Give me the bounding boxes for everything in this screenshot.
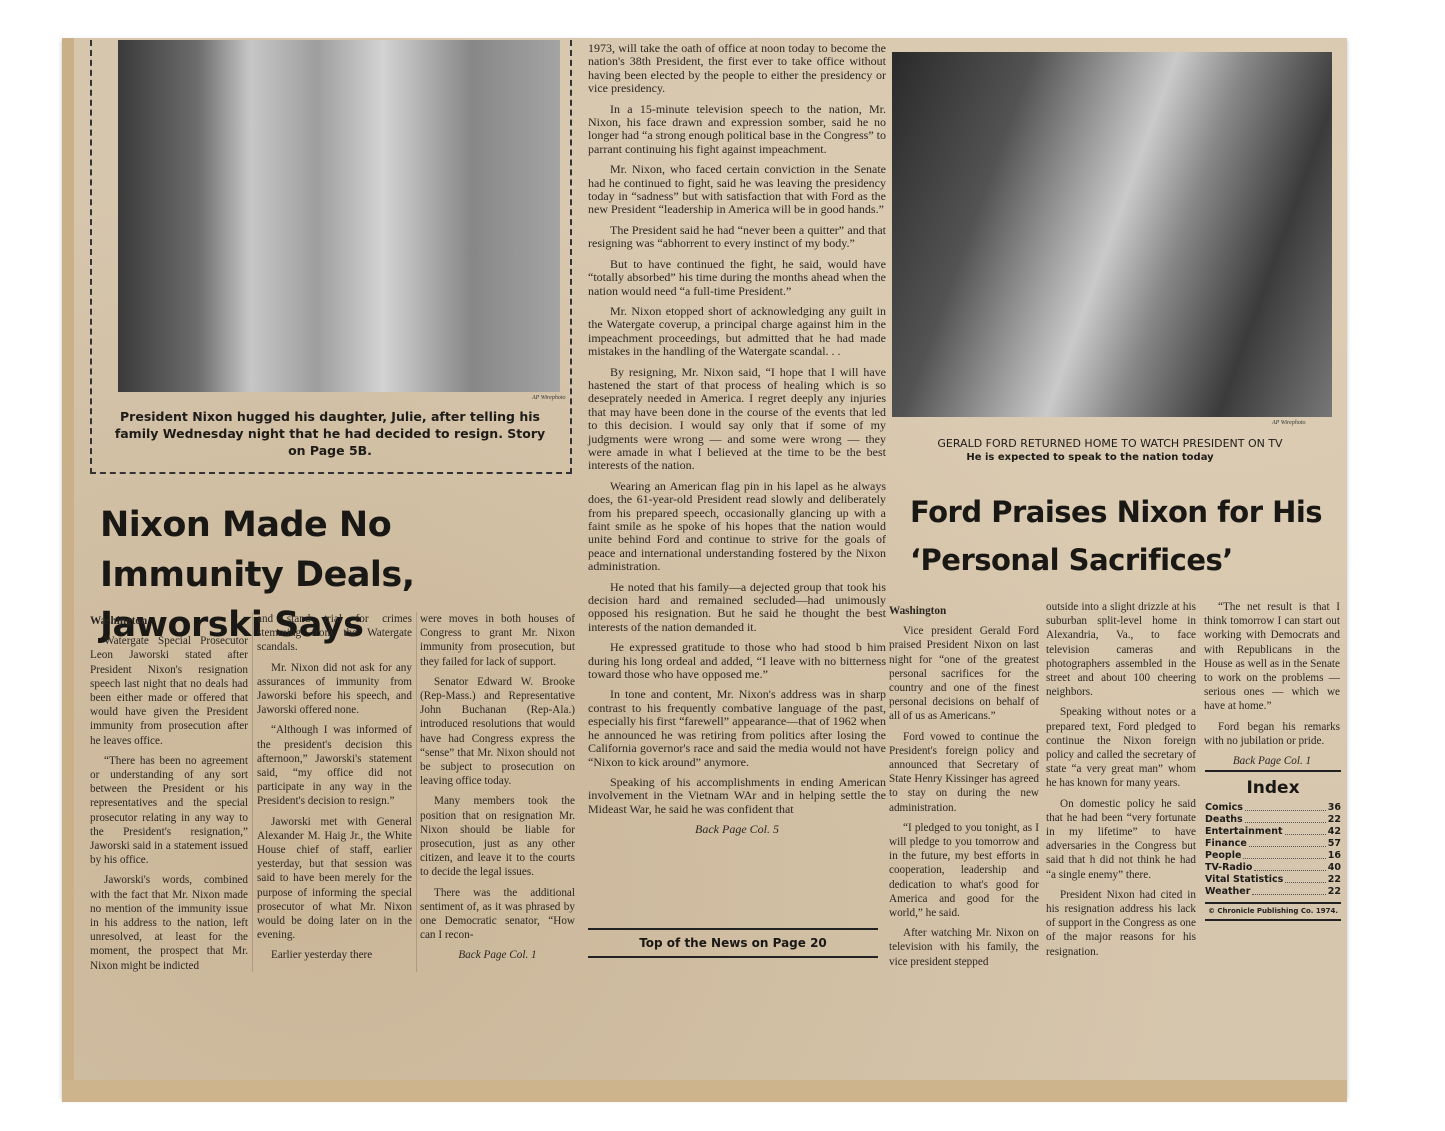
index-item[interactable]: Finance57	[1205, 838, 1341, 850]
index-item[interactable]: Weather22	[1205, 886, 1341, 898]
paragraph: “The net result is that I think tomorrow…	[1204, 600, 1340, 714]
paragraph: Jaworski's words, combined with the fact…	[90, 873, 248, 972]
ford-photo	[892, 52, 1332, 417]
index-item[interactable]: Deaths22	[1205, 814, 1341, 826]
right-story-col-1: Washington Vice president Gerald Ford pr…	[889, 604, 1039, 975]
index-box: Index Comics36 Deaths22 Entertainment42 …	[1205, 778, 1341, 924]
column-rule	[416, 612, 417, 972]
ford-photo-caption-title: GERALD FORD RETURNED HOME TO WATCH PRESI…	[910, 437, 1310, 451]
paragraph: He expressed gratitude to those who had …	[588, 641, 886, 681]
paragraph: Vice president Gerald Ford praised Presi…	[889, 624, 1039, 723]
top-news-banner[interactable]: Top of the News on Page 20	[588, 936, 878, 950]
paragraph: In tone and content, Mr. Nixon's address…	[588, 688, 886, 768]
divider-rule	[1205, 902, 1341, 904]
paragraph: Ford began his remarks with no jubilatio…	[1204, 720, 1340, 748]
nixon-hug-photo	[118, 40, 560, 392]
paragraph: 1973, will take the oath of office at no…	[588, 42, 886, 96]
dateline: Washington	[90, 614, 248, 628]
left-story-col-2: and stand trial for crimes stemming from…	[257, 612, 412, 969]
paper-edge	[62, 38, 74, 1098]
paragraph: President Nixon had cited in his resigna…	[1046, 888, 1196, 959]
paragraph: outside into a slight drizzle at his sub…	[1046, 600, 1196, 699]
divider-rule	[588, 928, 878, 930]
dateline: Washington	[889, 604, 1039, 618]
paragraph: Ford vowed to continue the President's f…	[889, 730, 1039, 815]
paragraph: But to have continued the fight, he said…	[588, 258, 886, 298]
index-item[interactable]: TV-Radio40	[1205, 862, 1341, 874]
column-rule	[252, 612, 253, 972]
index-item[interactable]: Vital Statistics22	[1205, 874, 1341, 886]
paragraph: The President said he had “never been a …	[588, 224, 886, 251]
paragraph: “Although I was informed of the presiden…	[257, 723, 412, 808]
paragraph: By resigning, Mr. Nixon said, “I hope th…	[588, 366, 886, 473]
paragraph: Earlier yesterday there	[257, 948, 412, 962]
copyright-notice: © Chronicle Publishing Co. 1974.	[1205, 907, 1341, 915]
paper-edge-bottom	[62, 1080, 1347, 1102]
left-story-col-3: were moves in both houses of Congress to…	[420, 612, 575, 969]
paragraph: Many members took the position that on r…	[420, 794, 575, 879]
paragraph: Mr. Nixon etopped short of acknowledging…	[588, 305, 886, 359]
continued-link[interactable]: Back Page Col. 1	[1204, 754, 1340, 768]
paragraph: Wearing an American flag pin in his lape…	[588, 480, 886, 574]
index-title: Index	[1205, 778, 1341, 798]
paragraph: Jaworski met with General Alexander M. H…	[257, 815, 412, 943]
index-item[interactable]: Entertainment42	[1205, 826, 1341, 838]
paragraph: He noted that his family—a dejected grou…	[588, 581, 886, 635]
index-item[interactable]: Comics36	[1205, 802, 1341, 814]
ford-photo-caption-sub: He is expected to speak to the nation to…	[910, 451, 1270, 464]
index-item[interactable]: People16	[1205, 850, 1341, 862]
left-story-col-1: Washington Watergate Special Prosecutor …	[90, 614, 248, 979]
ford-praises-headline: Ford Praises Nixon for His ‘Personal Sac…	[910, 488, 1330, 584]
paragraph: On domestic policy he said that he had b…	[1046, 797, 1196, 882]
paragraph: Speaking of his accomplishments in endin…	[588, 776, 886, 816]
paragraph: In a 15-minute television speech to the …	[588, 103, 886, 157]
divider-rule	[1205, 770, 1341, 772]
paragraph: Senator Edward W. Brooke (Rep-Mass.) and…	[420, 675, 575, 789]
right-story-col-2: outside into a slight drizzle at his sub…	[1046, 600, 1196, 965]
paragraph: were moves in both houses of Congress to…	[420, 612, 575, 669]
photo-credit: AP Wirephoto	[532, 395, 566, 401]
continued-link[interactable]: Back Page Col. 1	[420, 948, 575, 962]
paragraph: “There has been no agreement or understa…	[90, 754, 248, 868]
photo-credit: AP Wirephoto	[1272, 420, 1306, 426]
paragraph: and stand trial for crimes stemming from…	[257, 612, 412, 655]
lead-story-column: 1973, will take the oath of office at no…	[588, 42, 886, 844]
divider-rule	[588, 956, 878, 958]
right-story-col-3: “The net result is that I think tomorrow…	[1204, 600, 1340, 774]
paragraph: Mr. Nixon, who faced certain conviction …	[588, 163, 886, 217]
continued-link[interactable]: Back Page Col. 5	[588, 823, 886, 836]
paragraph: There was the additional sentiment of, a…	[420, 886, 575, 943]
paragraph: Speaking without notes or a prepared tex…	[1046, 705, 1196, 790]
paragraph: Mr. Nixon did not ask for any assurances…	[257, 661, 412, 718]
paragraph: After watching Mr. Nixon on television w…	[889, 926, 1039, 969]
nixon-photo-caption: President Nixon hugged his daughter, Jul…	[110, 408, 550, 459]
paragraph: “I pledged to you tonight, as I will ple…	[889, 821, 1039, 920]
paragraph: Watergate Special Prosecutor Leon Jawors…	[90, 634, 248, 748]
divider-rule	[1205, 919, 1341, 921]
